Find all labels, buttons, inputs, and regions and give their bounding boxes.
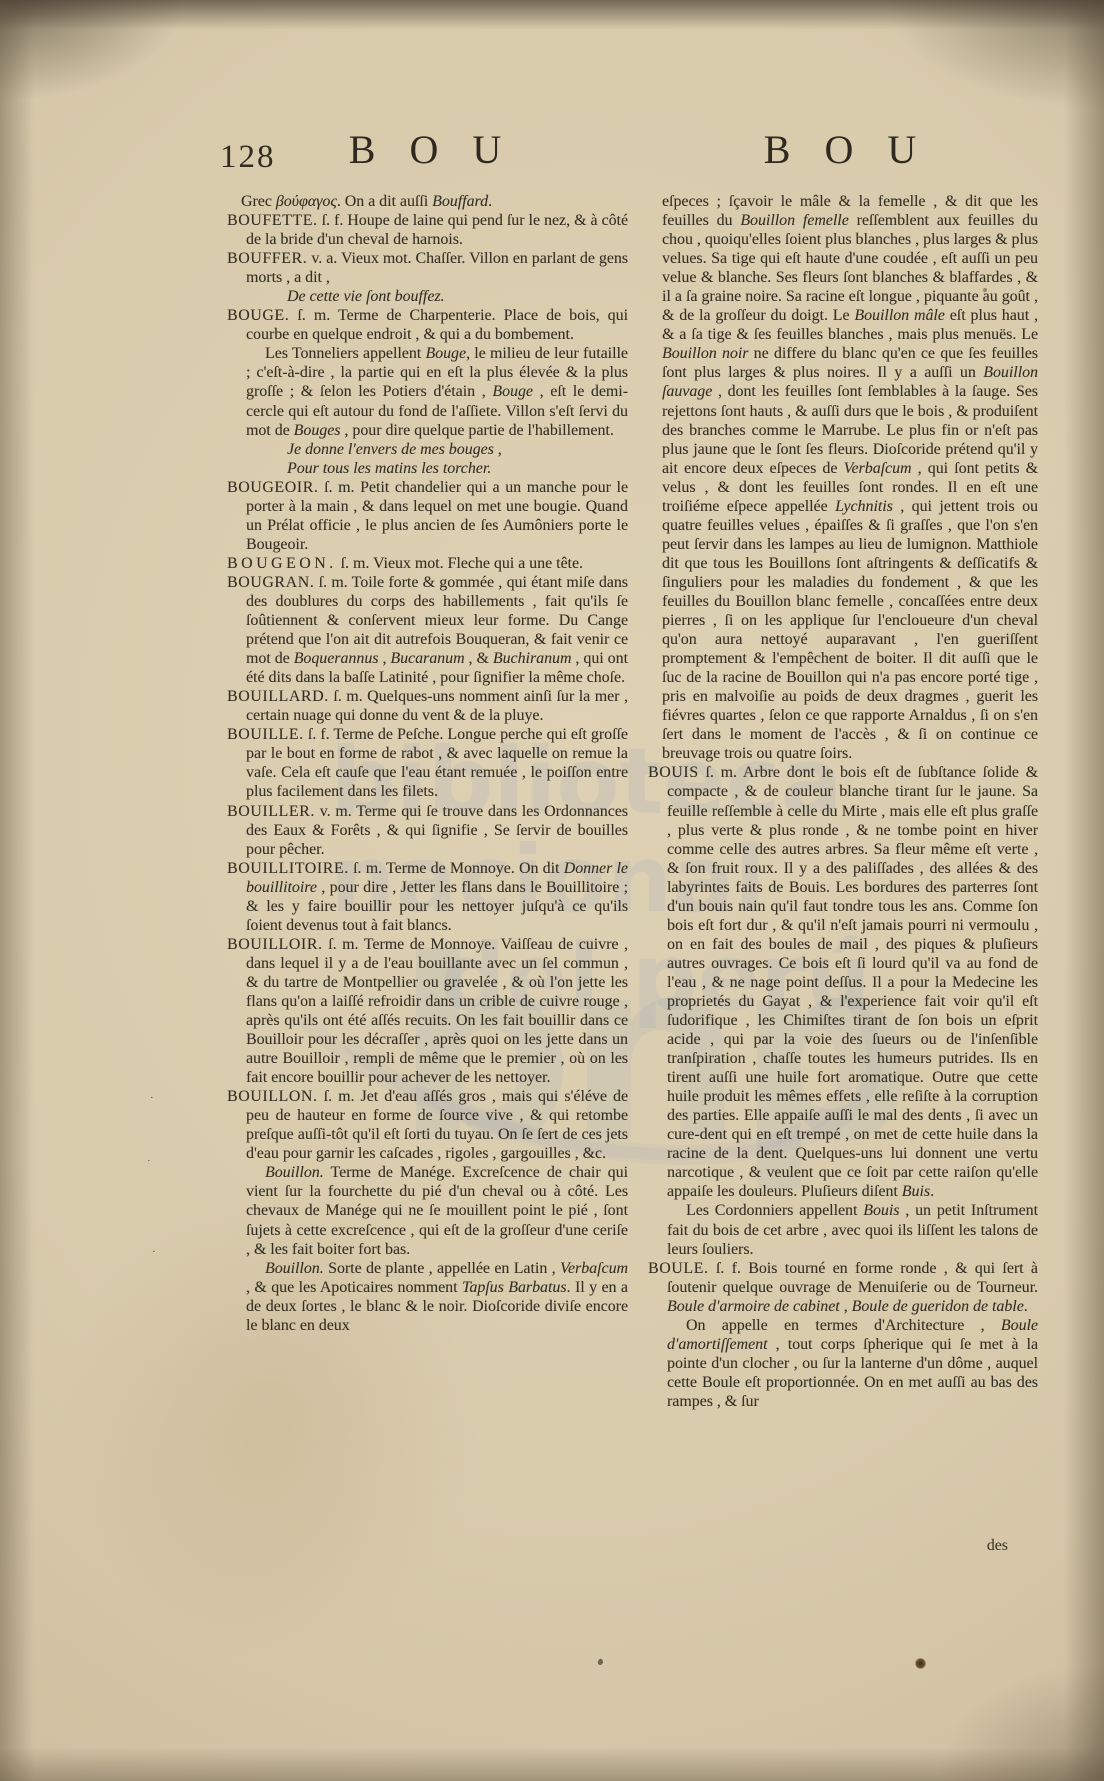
body-text: , pour dire quelque partie de l'habillem… bbox=[340, 422, 613, 439]
paragraph: BOUIS ſ. m. Arbre dont le bois eſt de ſu… bbox=[648, 763, 1038, 1201]
cited-term: Je donne l'envers de mes bouges , bbox=[287, 441, 502, 458]
cited-term: Buchiranum bbox=[493, 650, 572, 667]
paragraph: BOUILLITOIRE. ſ. m. Terme de Monnoye. On… bbox=[227, 859, 628, 935]
scan-edge-shadow bbox=[0, 1747, 1104, 1781]
cited-term: Bouffard bbox=[432, 193, 488, 210]
paragraph: BOUFFER. v. a. Vieux mot. Chaſſer. Villo… bbox=[227, 249, 628, 287]
running-head-right: B O U bbox=[648, 126, 1037, 173]
cited-term: Bouillon. bbox=[265, 1260, 324, 1277]
headword: BOUGE. bbox=[227, 307, 289, 324]
headword: BOUILLITOIRE. bbox=[227, 860, 349, 877]
body-text: , bbox=[378, 650, 390, 667]
headword: BOUFFER. bbox=[227, 250, 307, 267]
body-text: . bbox=[930, 1183, 934, 1200]
body-text: , qui jettent trois ou quatre feuilles v… bbox=[662, 498, 1038, 763]
paragraph: BOUILLARD. ſ. m. Quelques-uns nomment ai… bbox=[227, 687, 628, 725]
body-text: Grec bbox=[241, 193, 276, 210]
headword: BOUGEOIR. bbox=[227, 479, 318, 496]
paragraph: BOUILLE. ſ. f. Terme de Peſche. Longue p… bbox=[227, 725, 628, 801]
scan-edge-shadow bbox=[0, 0, 34, 1781]
cited-term: Bouillon. bbox=[265, 1164, 324, 1181]
cited-term: Boule de gueridon de table bbox=[852, 1298, 1024, 1315]
headword: BOUILLOIR. bbox=[227, 936, 323, 953]
paragraph: Bouillon. Terme de Manége. Excreſcence d… bbox=[227, 1163, 628, 1258]
cited-term: Verbaſcum bbox=[844, 460, 912, 477]
margin-mark: · bbox=[152, 1246, 156, 1258]
cited-term: Verbaſcum bbox=[560, 1260, 628, 1277]
headword: BOUGEON. bbox=[227, 555, 337, 572]
paragraph: eſpeces ; ſçavoir le mâle & la femelle ,… bbox=[648, 192, 1038, 763]
cited-term: Lychnitis bbox=[835, 498, 893, 515]
body-text: , bbox=[840, 1298, 852, 1315]
cited-term: Tapſus Barbatus bbox=[462, 1279, 567, 1296]
column-left: Grec βούφαγος. On a dit auſſi Bouffard.B… bbox=[227, 192, 628, 1582]
paragraph: BOUILLER. v. m. Terme qui ſe trouve dans… bbox=[227, 802, 628, 859]
cited-term: Bouillon femelle bbox=[740, 212, 848, 229]
paragraph: BOUFETTE. ſ. f. Houpe de laine qui pend … bbox=[227, 211, 628, 249]
cited-term: Bucaranum bbox=[390, 650, 464, 667]
body-text: Les Tonneliers appellent bbox=[265, 345, 425, 362]
body-text: On appelle en termes d'Architecture , bbox=[686, 1317, 1001, 1334]
headword: BOUFETTE. bbox=[227, 212, 318, 229]
paragraph: Bouillon. Sorte de plante , appellée en … bbox=[227, 1259, 628, 1335]
cited-term: Pour tous les matins les torcher. bbox=[287, 460, 491, 477]
cited-term: βούφαγος bbox=[276, 193, 337, 210]
paragraph: Je donne l'envers de mes bouges , bbox=[227, 440, 628, 459]
body-text: . bbox=[488, 193, 492, 210]
paragraph: Les Tonneliers appellent Bouge, le milie… bbox=[227, 344, 628, 439]
running-head-left: B O U bbox=[227, 126, 628, 173]
cited-term: Bouge bbox=[425, 345, 466, 362]
body-text: ſ. f. Terme de Peſche. Longue perche qui… bbox=[246, 726, 628, 800]
body-text: , & bbox=[465, 650, 493, 667]
body-text: ſ. m. Terme de Charpenterie. Place de bo… bbox=[246, 307, 628, 343]
cited-term: Boule d'armoire de cabinet bbox=[667, 1298, 840, 1315]
headword: BOUGRAN. bbox=[227, 574, 314, 591]
headword: BOUILLE. bbox=[227, 726, 304, 743]
cited-term: Bouillon noir bbox=[662, 345, 748, 362]
headword: BOUILLER. bbox=[227, 803, 315, 820]
paragraph: On appelle en termes d'Architecture , Bo… bbox=[648, 1316, 1038, 1411]
body-text: ſ. m. Terme de Monnoye. On dit bbox=[349, 860, 564, 877]
headword: BOUILLARD. bbox=[227, 688, 329, 705]
paper-page: biblioteca nacional del perú bnp 128 B O… bbox=[0, 0, 1104, 1781]
body-text: . bbox=[1024, 1298, 1028, 1315]
cited-term: Boquerannus bbox=[294, 650, 379, 667]
headword: BOULE. bbox=[648, 1260, 709, 1277]
column-right: eſpeces ; ſçavoir le mâle & la femelle ,… bbox=[648, 192, 1038, 1552]
scan-edge-shadow bbox=[0, 0, 1104, 30]
headword: BOUIS bbox=[648, 764, 699, 781]
paragraph: BOUGEON. ſ. m. Vieux mot. Fleche qui a u… bbox=[227, 554, 628, 573]
paragraph: BOUGEOIR. ſ. m. Petit chandelier qui a u… bbox=[227, 478, 628, 554]
body-text: ſ. m. Vieux mot. Fleche qui a une tête. bbox=[337, 555, 583, 572]
paragraph: BOULE. ſ. f. Bois tourné en forme ronde … bbox=[648, 1259, 1038, 1316]
body-text: ſ. f. Bois tourné en forme ronde , & qui… bbox=[667, 1260, 1038, 1296]
scan-corner-shadow bbox=[904, 1641, 1104, 1781]
catchword: des bbox=[648, 1537, 1038, 1555]
scan-corner-shadow bbox=[0, 0, 220, 120]
margin-mark: · bbox=[150, 1092, 154, 1104]
cited-term: Bouillon mâle bbox=[854, 307, 944, 324]
cited-term: Buis bbox=[902, 1183, 930, 1200]
ink-spot bbox=[597, 1658, 604, 1666]
cited-term: Bouis bbox=[863, 1202, 899, 1219]
paragraph: BOUILLON. ſ. m. Jet d'eau aſſés gros , m… bbox=[227, 1087, 628, 1163]
ink-spot bbox=[915, 1658, 926, 1669]
paragraph: BOUGE. ſ. m. Terme de Charpenterie. Plac… bbox=[227, 306, 628, 344]
body-text: ſ. m. Terme de Monnoye. Vaiſſeau de cuiv… bbox=[246, 936, 628, 1086]
body-text: , & que les Apoticaires nomment bbox=[246, 1279, 462, 1296]
paragraph: Les Cordonniers appellent Bouis , un pet… bbox=[648, 1201, 1038, 1258]
headword: BOUILLON. bbox=[227, 1088, 318, 1105]
paragraph: De cette vie ſont bouffez. bbox=[227, 287, 628, 306]
scan-corner-shadow bbox=[844, 0, 1104, 130]
cited-term: Bouge bbox=[492, 383, 533, 400]
ink-spot bbox=[983, 288, 987, 292]
body-text: . On a dit auſſi bbox=[337, 193, 432, 210]
cited-term: De cette vie ſont bouffez. bbox=[287, 288, 445, 305]
body-text: ſ. m. Arbre dont le bois eſt de ſubſtanc… bbox=[667, 764, 1038, 1200]
body-text: Les Cordonniers appellent bbox=[686, 1202, 863, 1219]
paragraph: BOUGRAN. ſ. m. Toile forte & gommée , qu… bbox=[227, 573, 628, 687]
margin-mark: ˙ bbox=[147, 1158, 151, 1170]
cited-term: Bouges bbox=[294, 422, 341, 439]
paragraph: Grec βούφαγος. On a dit auſſi Bouffard. bbox=[227, 192, 628, 211]
paragraph: BOUILLOIR. ſ. m. Terme de Monnoye. Vaiſſ… bbox=[227, 935, 628, 1087]
scanned-dictionary-page: { "page": { "number": "128", "running_he… bbox=[0, 0, 1104, 1781]
body-text: Sorte de plante , appellée en Latin , bbox=[324, 1260, 560, 1277]
paragraph: Pour tous les matins les torcher. bbox=[227, 459, 628, 478]
